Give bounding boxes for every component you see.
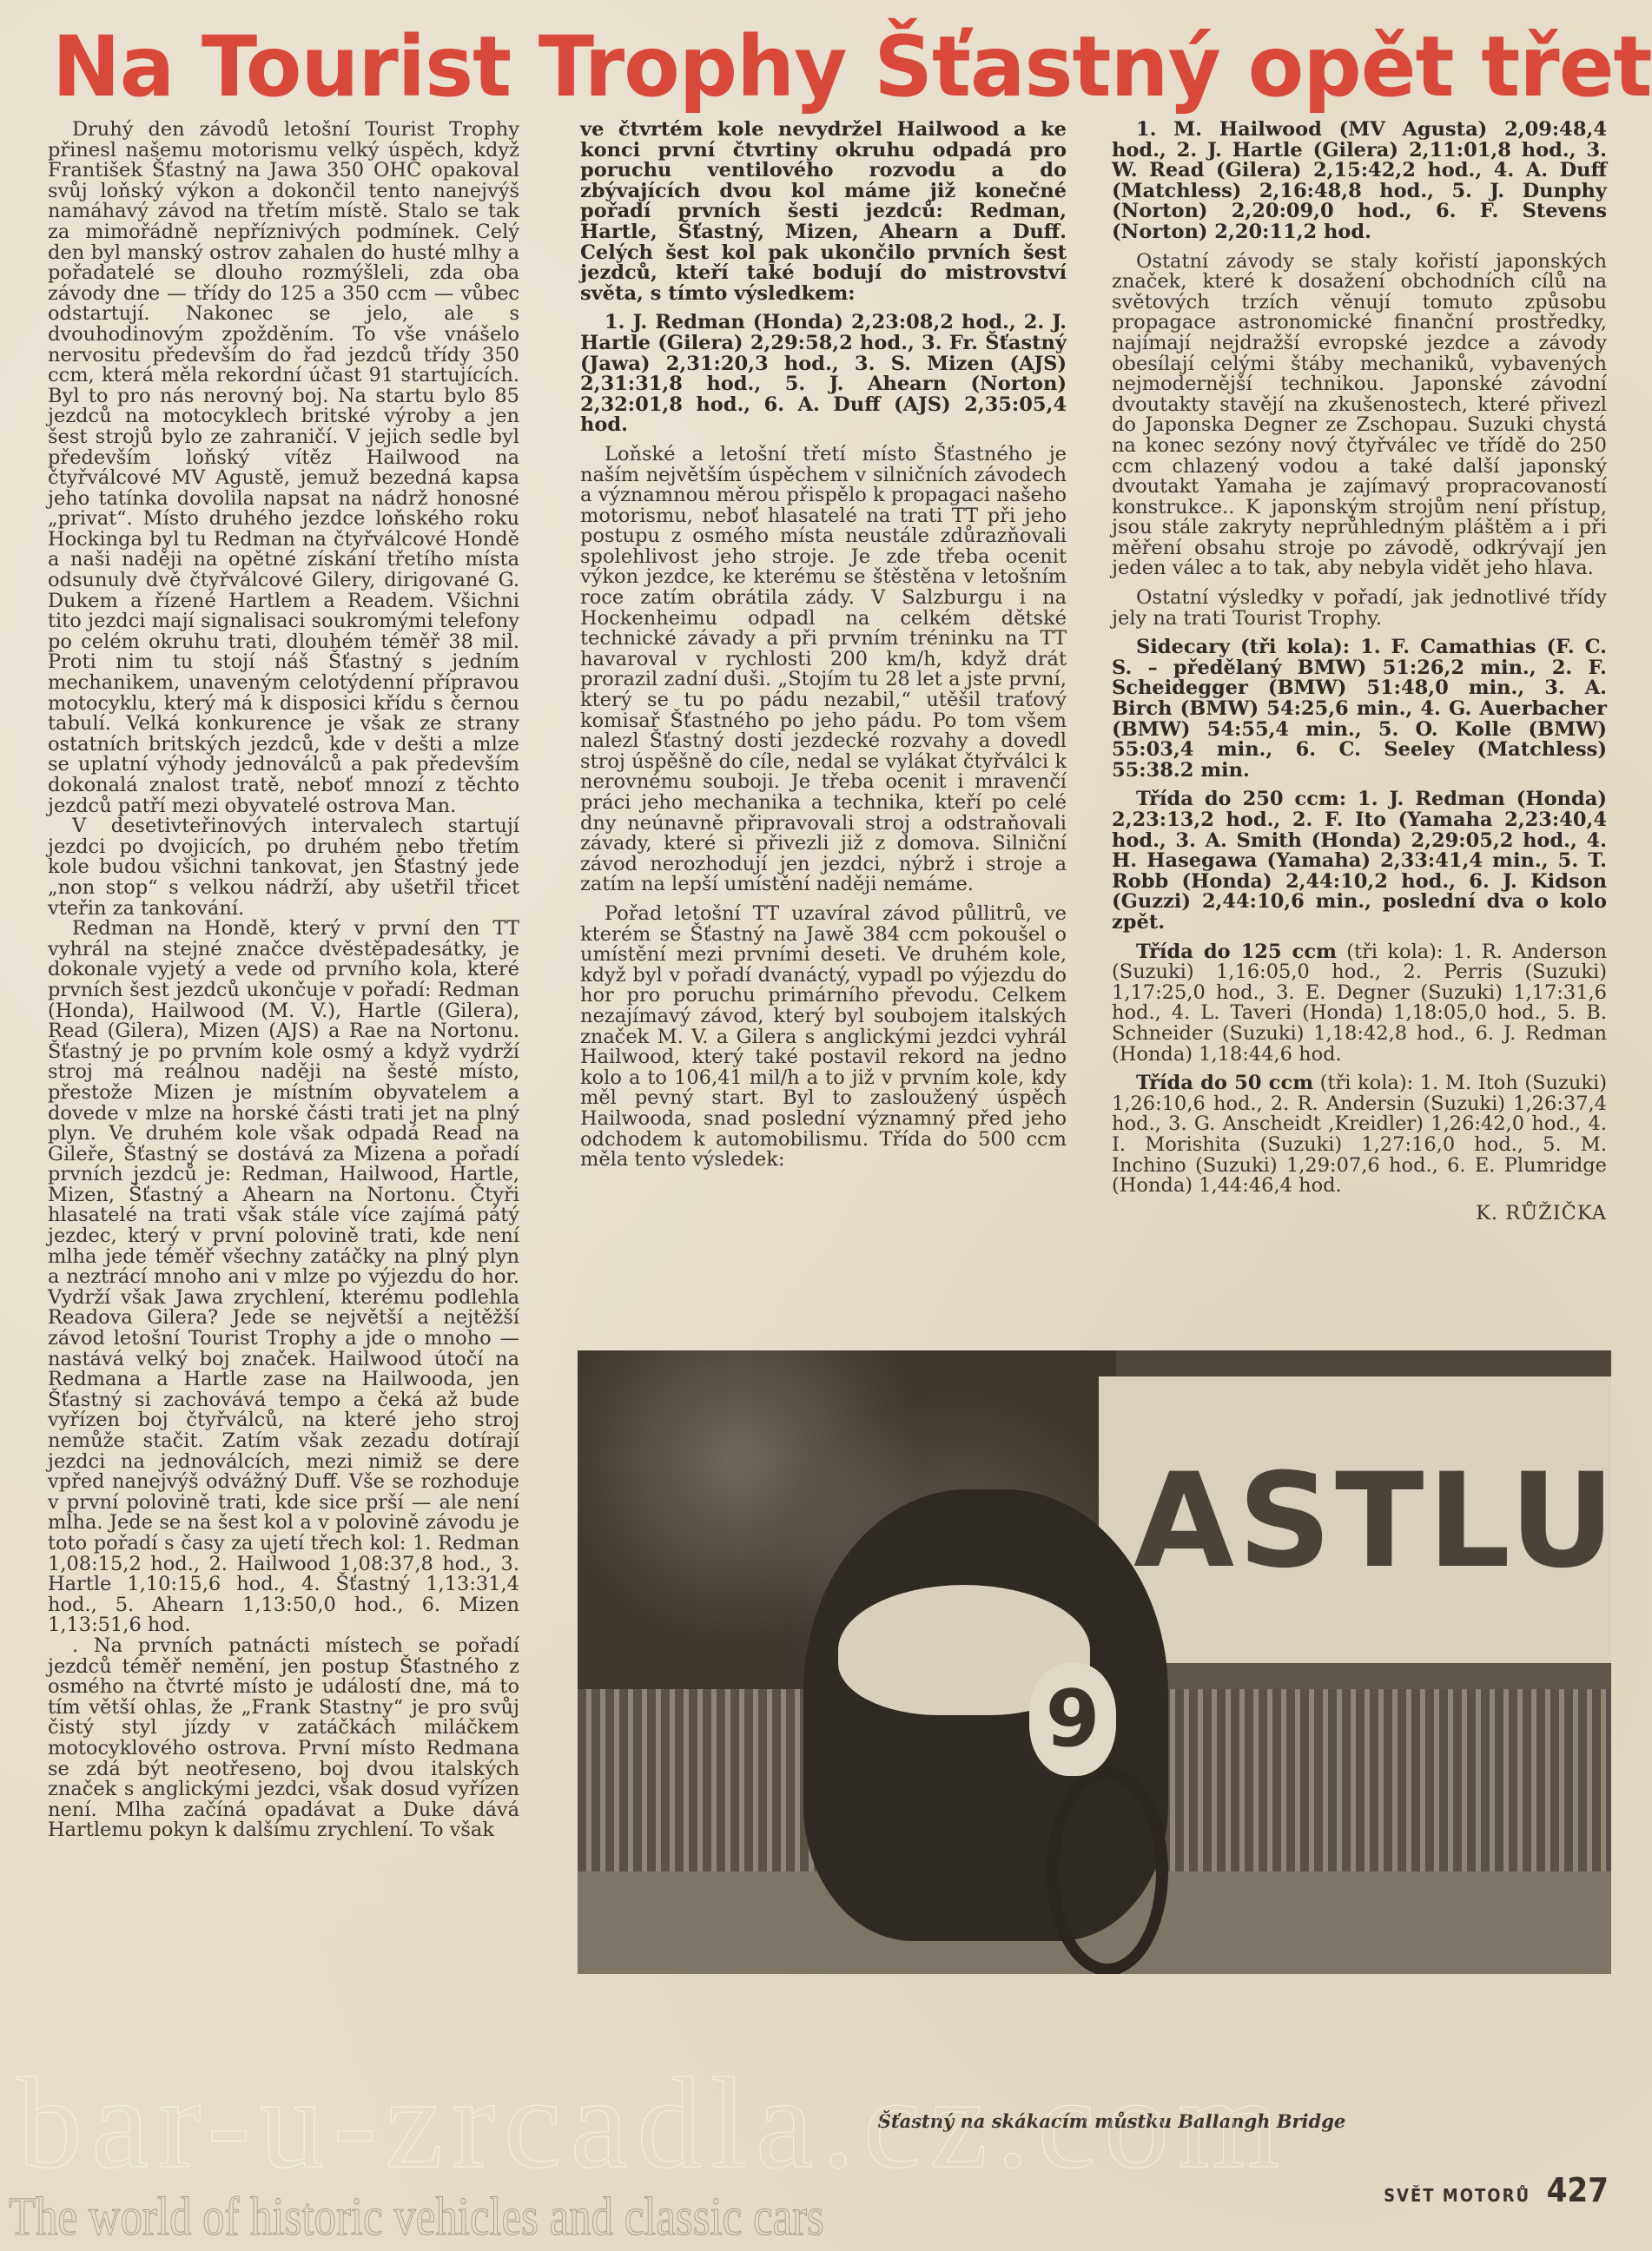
paragraph: Ostatní závody se staly kořistí japonský… — [1112, 252, 1607, 580]
race-photo: ASTLUC 9 — [578, 1350, 1611, 1974]
paragraph: Redman na Hondě, který v první den TT vy… — [48, 919, 519, 1636]
results-125ccm: Třída do 125 ccm (tři kola): 1. R. Ander… — [1112, 942, 1607, 1066]
race-number-plate: 9 — [1029, 1663, 1116, 1776]
article-column-1: Druhý den závodů letošní Tourist Trophy … — [48, 120, 519, 1841]
results-350ccm: 1. J. Redman (Honda) 2,23:08,2 hod., 2. … — [580, 313, 1067, 436]
photo-sign-text: ASTLUC — [1133, 1446, 1611, 1597]
results-50ccm: Třída do 50 ccm (tři kola): 1. M. Itoh (… — [1112, 1073, 1607, 1197]
paragraph: Druhý den závodů letošní Tourist Trophy … — [48, 120, 519, 816]
page-footer: SVĚT MOTORŮ 427 — [1384, 2171, 1609, 2209]
photo-caption: Šťastný na skákacím můstku Ballangh Brid… — [573, 2110, 1650, 2132]
magazine-name: SVĚT MOTORŮ — [1384, 2185, 1530, 2206]
class-label: Třída do 50 ccm — [1136, 1072, 1313, 1094]
headline: Na Tourist Trophy Šťastný opět třetí — [52, 19, 1584, 115]
class-label: Třída do 125 ccm — [1136, 941, 1337, 963]
paragraph-lead: ve čtvrtém kole nevydržel Hailwood a ke … — [580, 120, 1067, 304]
author-byline: K. RŮŽIČKA — [1112, 1204, 1607, 1225]
paragraph: . Na prvních patnácti místech se pořadí … — [48, 1636, 519, 1841]
article-column-2: ve čtvrtém kole nevydržel Hailwood a ke … — [580, 120, 1067, 1171]
paragraph: Loňské a letošní třetí místo Šťastného j… — [580, 445, 1067, 895]
results-250ccm: Třída do 250 ccm: 1. J. Redman (Honda) 2… — [1112, 789, 1607, 933]
paragraph: Pořad letošní TT uzavíral závod půllitrů… — [580, 904, 1067, 1171]
paragraph: Ostatní výsledky v pořadí, jak jednotliv… — [1112, 588, 1607, 629]
watermark-tagline: The world of historic vehicles and class… — [9, 2187, 824, 2248]
paragraph: V desetivteřinových intervalech startují… — [48, 816, 519, 919]
results-sidecar: Sidecary (tři kola): 1. F. Camathias (F.… — [1112, 637, 1607, 781]
page-number: 427 — [1547, 2171, 1609, 2209]
results-500ccm: 1. M. Hailwood (MV Agusta) 2,09:48,4 hod… — [1112, 120, 1607, 243]
article-column-3: 1. M. Hailwood (MV Agusta) 2,09:48,4 hod… — [1112, 120, 1607, 1224]
photo-front-wheel — [1047, 1767, 1168, 1974]
